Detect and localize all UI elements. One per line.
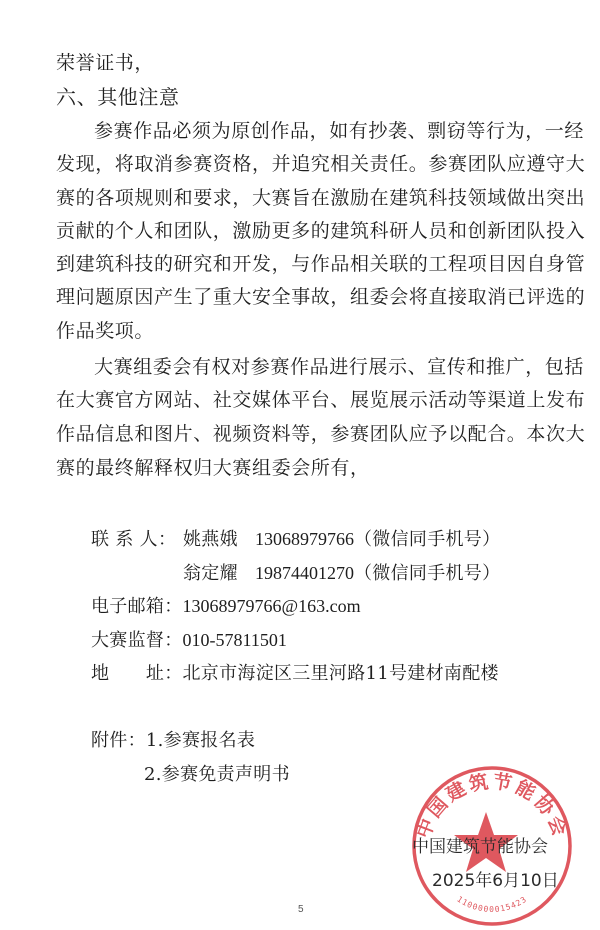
contact-email-row: 电子邮箱：13068979766@163.com (91, 594, 361, 619)
svg-text:中国建筑节能协会: 中国建筑节能协会 (411, 769, 572, 841)
section-heading: 六、其他注意 (56, 85, 180, 109)
paragraph-line: 参赛作品必须为原创作品，如有抄袭、剽窃等行为，一经 (94, 119, 584, 143)
attachment-item: 2.参赛免责声明书 (144, 764, 290, 785)
contact-phone: 13068979766 (255, 529, 354, 549)
paragraph-line: 理问题原因产生了重大安全事故，组委会将直接取消已评选的 (56, 285, 585, 309)
page-number: 5 (298, 904, 304, 915)
attachment-item: 1.参赛报名表 (146, 730, 255, 751)
supervision-phone: 010-57811501 (183, 630, 287, 650)
paragraph-line: 贡献的个人和团队，激励更多的建筑科研人员和创新团队投入 (56, 219, 585, 243)
address-label: 地 址： (91, 663, 183, 684)
svg-text:1100000015423: 1100000015423 (455, 895, 528, 914)
contact-person-1: 联 系 人：姚燕娥13068979766（微信同手机号） (91, 527, 500, 552)
previous-section-tail: 荣誉证书， (56, 51, 154, 75)
contact-label: 联 系 人： (91, 528, 183, 552)
paragraph-line: 赛的最终解释权归大赛组委会所有， (56, 456, 370, 480)
paragraph-line: 赛的各项规则和要求，大赛旨在激励在建筑科技领域做出突出 (56, 186, 585, 210)
paragraph-line: 到建筑科技的研究和开发，与作品相关联的工程项目因自身管 (56, 252, 585, 276)
supervision-label: 大赛监督： (91, 630, 183, 651)
signature-date: 2025年6月10日 (432, 866, 559, 891)
seal-code: 1100000015423 (455, 895, 528, 914)
contact-name: 翁定耀 (183, 562, 255, 586)
contact-note: （微信同手机号） (354, 529, 500, 550)
paragraph-line: 作品奖项。 (56, 319, 154, 343)
email-address: 13068979766@163.com (183, 596, 361, 616)
address-value: 北京市海淀区三里河路11号建材南配楼 (183, 663, 499, 684)
address-row: 地 址：北京市海淀区三里河路11号建材南配楼 (91, 662, 499, 686)
signature-organization: 中国建筑节能协会 (412, 832, 548, 857)
contact-name: 姚燕娥 (183, 528, 255, 552)
contact-phone: 19874401270 (255, 563, 354, 583)
attachment-row-2: 2.参赛免责声明书 (144, 763, 290, 787)
paragraph-line: 发现，将取消参赛资格，并追究相关责任。参赛团队应遵守大 (56, 152, 585, 176)
seal-ring-text: 中国建筑节能协会 (411, 769, 572, 841)
contact-person-2: 翁定耀19874401270（微信同手机号） (91, 561, 500, 586)
attachments-label: 附件： (91, 730, 146, 751)
contact-note: （微信同手机号） (354, 563, 500, 584)
attachment-row-1: 附件：1.参赛报名表 (91, 729, 255, 753)
supervision-row: 大赛监督：010-57811501 (91, 628, 287, 653)
paragraph-line: 在大赛官方网站、社交媒体平台、展览展示活动等渠道上发布 (56, 388, 585, 412)
paragraph-line: 大赛组委会有权对参赛作品进行展示、宣传和推广，包括 (94, 355, 584, 379)
paragraph-line: 作品信息和图片、视频资料等，参赛团队应予以配合。本次大 (56, 422, 585, 446)
email-label: 电子邮箱： (91, 596, 183, 617)
